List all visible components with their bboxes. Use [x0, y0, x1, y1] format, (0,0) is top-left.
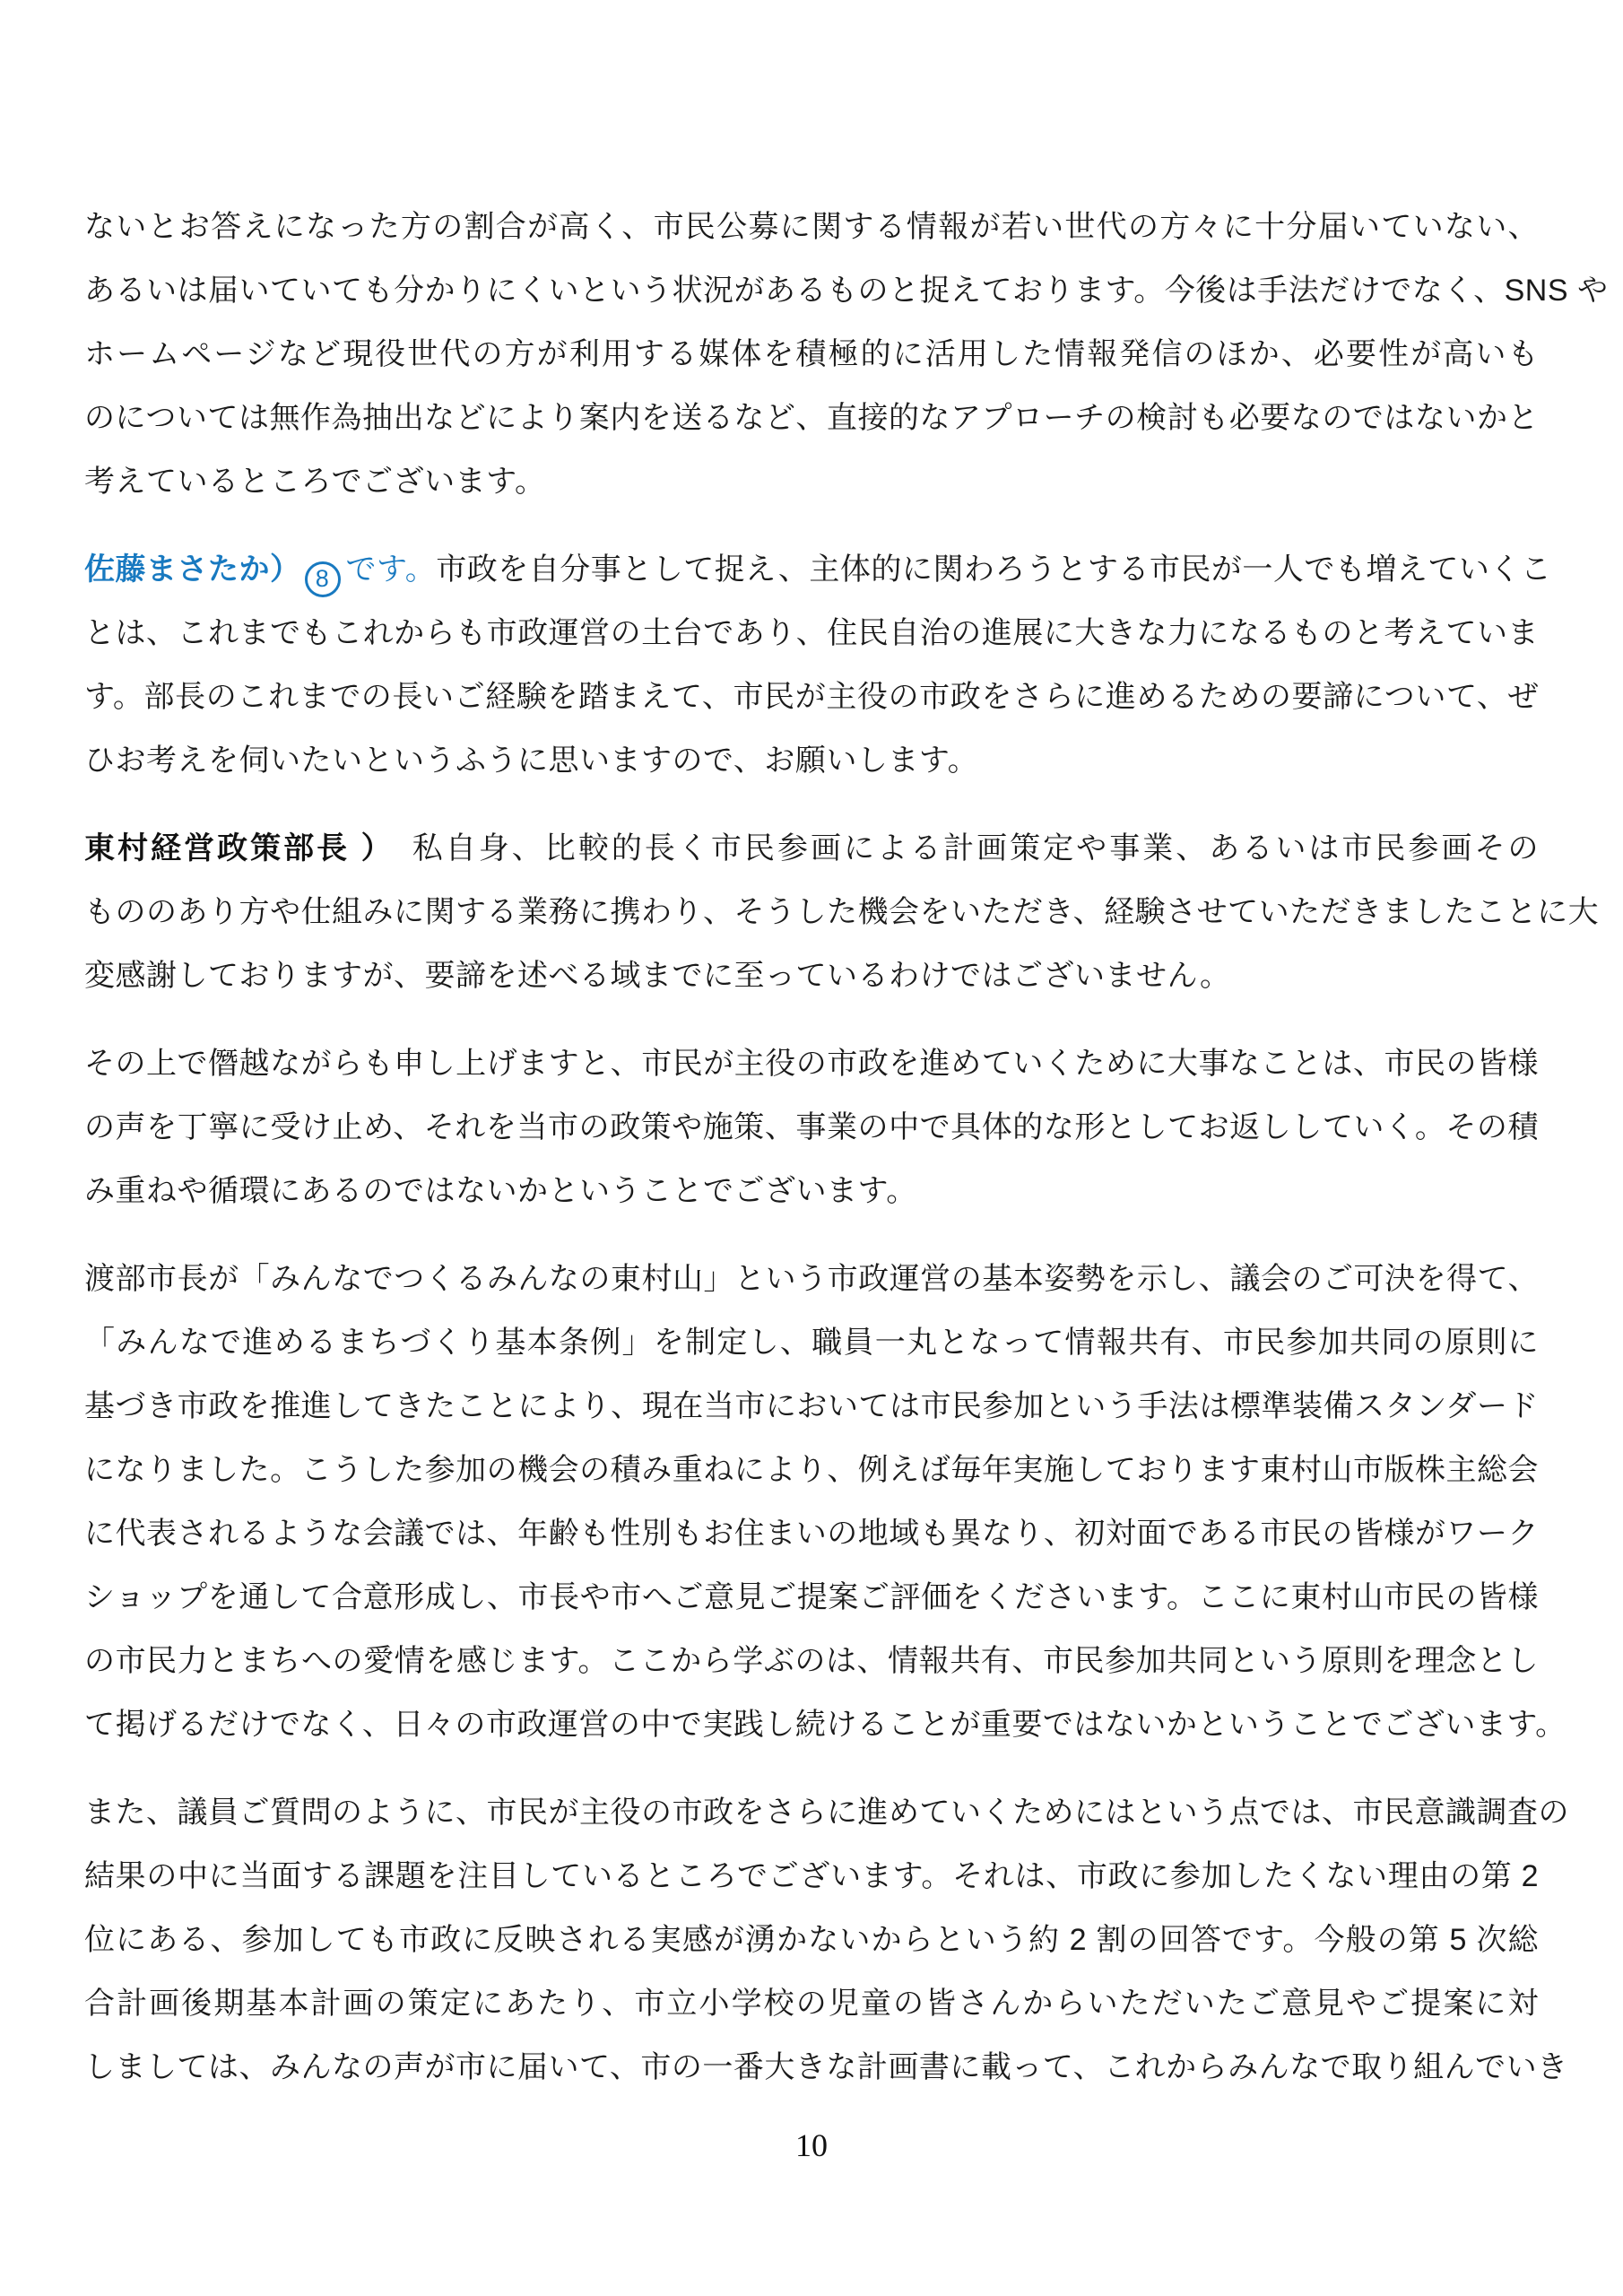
text-segment: もののあり方や仕組みに関する業務に携わり、そうした機会をいただき、経験させていた…: [84, 895, 1599, 929]
text-segment: の声を丁寧に受け止め、それを当市の政策や施策、事業の中で具体的な形としてお返しし…: [84, 1110, 1539, 1144]
paragraph: ないとお答えになった方の割合が高く、市民公募に関する情報が若い世代の方々に十分届…: [84, 196, 1539, 514]
text-segment: 結果の中に当面する課題を注目しているところでございます。それは、市政に参加したく…: [84, 1859, 1539, 1893]
text-segment: です。: [346, 552, 437, 587]
text-line: 佐藤まさたか）8です。市政を自分事として捉え、主体的に関わろうとする市民が一人で…: [84, 538, 1539, 602]
text-segment: 渡部市長が「みんなでつくるみんなの東村山」という市政運営の基本姿勢を示し、議会の…: [84, 1262, 1539, 1296]
text-segment: しましては、みんなの声が市に届いて、市の一番大きな計画書に載って、これからみんな…: [84, 2050, 1568, 2084]
text-line: て掲げるだけでなく、日々の市政運営の中で実践し続けることが重要ではないかというこ…: [84, 1693, 1539, 1757]
document-body: ないとお答えになった方の割合が高く、市民公募に関する情報が若い世代の方々に十分届…: [84, 196, 1539, 2100]
text-line: 基づき市政を推進してきたことにより、現在当市においては市民参加という手法は標準装…: [84, 1375, 1539, 1439]
text-line: また、議員ご質問のように、市民が主役の市政をさらに進めていくためにはという点では…: [84, 1781, 1539, 1845]
text-segment: ひお考えを伺いたいというふうに思いますので、お願いします。: [84, 744, 978, 778]
document-page: ないとお答えになった方の割合が高く、市民公募に関する情報が若い世代の方々に十分届…: [0, 0, 1623, 2296]
paragraph: また、議員ご質問のように、市民が主役の市政をさらに進めていくためにはという点では…: [84, 1781, 1539, 2100]
text-segment: あるいは届いていても分かりにくいという状況があるものと捉えております。今後は手法…: [84, 274, 1608, 308]
paragraph: その上で僭越ながらも申し上げますと、市民が主役の市政を進めていくために大事なこと…: [84, 1032, 1539, 1223]
text-line: 結果の中に当面する課題を注目しているところでございます。それは、市政に参加したく…: [84, 1845, 1539, 1909]
text-segment: み重ねや循環にあるのではないかということでございます。: [84, 1174, 917, 1208]
text-line: もののあり方や仕組みに関する業務に携わり、そうした機会をいただき、経験させていた…: [84, 881, 1539, 944]
text-line: 位にある、参加しても市政に反映される実感が湧かないからという約 2 割の回答です…: [84, 1909, 1539, 1972]
text-line: 「みんなで進めるまちづくり基本条例」を制定し、職員一丸となって情報共有、市民参加…: [84, 1311, 1539, 1375]
text-segment: の市民力とまちへの愛情を感じます。ここから学ぶのは、情報共有、市民参加共同という…: [84, 1644, 1539, 1678]
text-line: 東村経営政策部長 ） 私自身、比較的長く市民参画による計画策定や事業、あるいは市…: [84, 817, 1539, 881]
text-line: ホームページなど現役世代の方が利用する媒体を積極的に活用した情報発信のほか、必要…: [84, 323, 1539, 387]
text-segment: 私自身、比較的長く市民参画による計画策定や事業、あるいは市民参画その: [379, 831, 1539, 865]
text-segment: て掲げるだけでなく、日々の市政運営の中で実践し続けることが重要ではないかというこ…: [84, 1708, 1567, 1742]
paragraph: 佐藤まさたか）8です。市政を自分事として捉え、主体的に関わろうとする市民が一人で…: [84, 538, 1539, 793]
text-line: の市民力とまちへの愛情を感じます。ここから学ぶのは、情報共有、市民参加共同という…: [84, 1630, 1539, 1693]
text-line: とは、これまでもこれからも市政運営の土台であり、住民自治の進展に大きな力になるも…: [84, 602, 1539, 665]
text-segment: ないとお答えになった方の割合が高く、市民公募に関する情報が若い世代の方々に十分届…: [84, 210, 1539, 244]
paragraph: 渡部市長が「みんなでつくるみんなの東村山」という市政運営の基本姿勢を示し、議会の…: [84, 1248, 1539, 1757]
text-line: 渡部市長が「みんなでつくるみんなの東村山」という市政運営の基本姿勢を示し、議会の…: [84, 1248, 1539, 1311]
text-segment: その上で僭越ながらも申し上げますと、市民が主役の市政を進めていくために大事なこと…: [84, 1047, 1539, 1081]
text-segment: のについては無作為抽出などにより案内を送るなど、直接的なアプローチの検討も必要な…: [84, 401, 1539, 435]
text-segment: ホームページなど現役世代の方が利用する媒体を積極的に活用した情報発信のほか、必要…: [84, 337, 1539, 371]
text-line: その上で僭越ながらも申し上げますと、市民が主役の市政を進めていくために大事なこと…: [84, 1032, 1539, 1096]
text-line: の声を丁寧に受け止め、それを当市の政策や施策、事業の中で具体的な形としてお返しし…: [84, 1096, 1539, 1160]
text-segment: 基づき市政を推進してきたことにより、現在当市においては市民参加という手法は標準装…: [84, 1389, 1539, 1423]
text-segment: 市政を自分事として捉え、主体的に関わろうとする市民が一人でも増えていくこ: [436, 552, 1551, 587]
speaker-name: 東村経営政策部長 ）: [84, 831, 379, 865]
text-segment: 位にある、参加しても市政に反映される実感が湧かないからという約 2 割の回答です…: [84, 1923, 1539, 1957]
text-segment: 変感謝しておりますが、要諦を述べる域までに至っているわけではございません。: [84, 959, 1231, 993]
text-segment: に代表されるような会議では、年齢も性別もお住まいの地域も異なり、初対面である市民…: [84, 1517, 1539, 1551]
text-segment: 「みんなで進めるまちづくり基本条例」を制定し、職員一丸となって情報共有、市民参加…: [84, 1326, 1539, 1360]
speaker-name: 佐藤まさたか）: [84, 552, 301, 587]
text-line: 考えているところでございます。: [84, 450, 1539, 514]
paragraph-ref-circle-icon: 8: [305, 561, 341, 597]
text-line: ないとお答えになった方の割合が高く、市民公募に関する情報が若い世代の方々に十分届…: [84, 196, 1539, 259]
text-line: 合計画後期基本計画の策定にあたり、市立小学校の児童の皆さんからいただいたご意見や…: [84, 1972, 1539, 2036]
text-segment: とは、これまでもこれからも市政運営の土台であり、住民自治の進展に大きな力になるも…: [84, 616, 1539, 650]
text-line: 変感謝しておりますが、要諦を述べる域までに至っているわけではございません。: [84, 944, 1539, 1008]
text-segment: また、議員ご質問のように、市民が主役の市政をさらに進めていくためにはという点では…: [84, 1796, 1569, 1830]
text-line: になりました。こうした参加の機会の積み重ねにより、例えば毎年実施しております東村…: [84, 1439, 1539, 1502]
text-line: ひお考えを伺いたいというふうに思いますので、お願いします。: [84, 729, 1539, 793]
text-line: に代表されるような会議では、年齢も性別もお住まいの地域も異なり、初対面である市民…: [84, 1502, 1539, 1566]
text-line: あるいは届いていても分かりにくいという状況があるものと捉えております。今後は手法…: [84, 259, 1539, 323]
paragraph: 東村経営政策部長 ） 私自身、比較的長く市民参画による計画策定や事業、あるいは市…: [84, 817, 1539, 1008]
text-line: しましては、みんなの声が市に届いて、市の一番大きな計画書に載って、これからみんな…: [84, 2036, 1539, 2100]
text-segment: になりました。こうした参加の機会の積み重ねにより、例えば毎年実施しております東村…: [84, 1453, 1539, 1487]
text-segment: す。部長のこれまでの長いご経験を踏まえて、市民が主役の市政をさらに進めるための要…: [84, 680, 1539, 714]
text-line: のについては無作為抽出などにより案内を送るなど、直接的なアプローチの検討も必要な…: [84, 387, 1539, 450]
text-line: み重ねや循環にあるのではないかということでございます。: [84, 1160, 1539, 1223]
text-segment: ショップを通して合意形成し、市長や市へご意見ご提案ご評価をくださいます。ここに東…: [84, 1580, 1539, 1614]
text-line: す。部長のこれまでの長いご経験を踏まえて、市民が主役の市政をさらに進めるための要…: [84, 665, 1539, 729]
text-line: ショップを通して合意形成し、市長や市へご意見ご提案ご評価をくださいます。ここに東…: [84, 1566, 1539, 1630]
text-segment: 合計画後期基本計画の策定にあたり、市立小学校の児童の皆さんからいただいたご意見や…: [84, 1987, 1539, 2021]
page-number: 10: [84, 2124, 1539, 2167]
text-segment: 考えているところでございます。: [84, 465, 545, 499]
